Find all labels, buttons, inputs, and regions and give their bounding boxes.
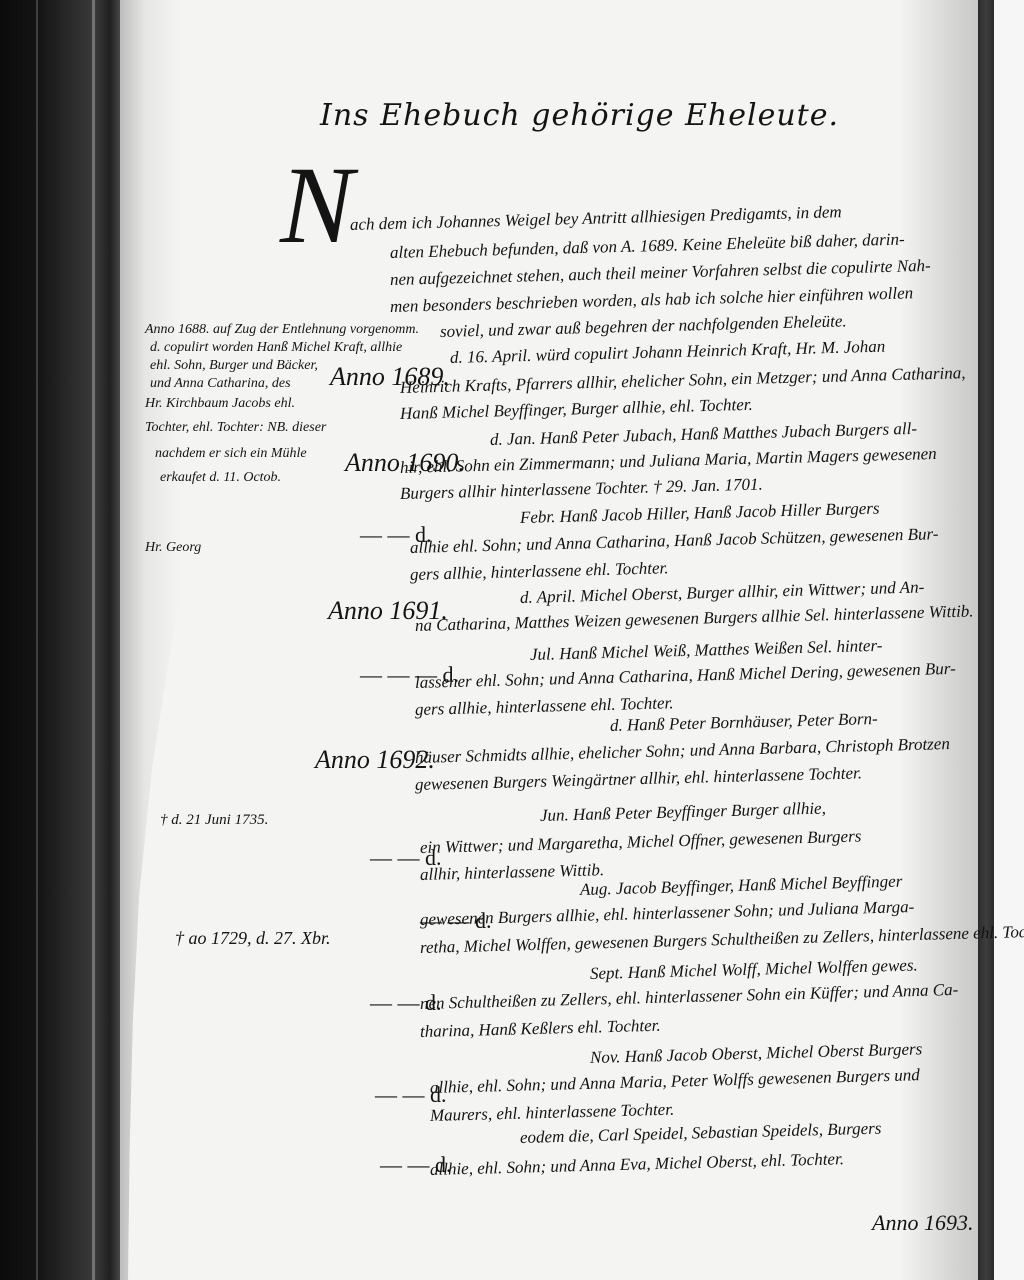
intro-line: soviel, und zwar auß begehren der nachfo… bbox=[440, 311, 847, 342]
entry-line: hir, ehl. Sohn ein Zimmermann; und Julia… bbox=[400, 444, 937, 478]
entry-line: gers allhie, hinterlassene ehl. Tochter. bbox=[410, 558, 669, 585]
entry-line: allhie, ehl. Sohn; und Anna Eva, Michel … bbox=[430, 1149, 844, 1180]
gutter-crease bbox=[92, 0, 95, 1280]
entry-line: häuser Schmidts allhie, ehelicher Sohn; … bbox=[415, 734, 950, 768]
gutter-crease bbox=[36, 0, 38, 1280]
entry-line: allhir, hinterlassene Wittib. bbox=[420, 860, 605, 885]
page-edge-right bbox=[978, 0, 994, 1280]
entry-line: tharina, Hanß Keßlers ehl. Tochter. bbox=[420, 1016, 661, 1042]
catchword-footer: Anno 1693. bbox=[872, 1210, 973, 1236]
entry-line: Febr. Hanß Jacob Hiller, Hanß Jacob Hill… bbox=[520, 499, 880, 528]
entry-line: lassener ehl. Sohn; und Anna Catharina, … bbox=[415, 659, 956, 693]
entry-line: eodem die, Carl Speidel, Sebastian Speid… bbox=[520, 1119, 882, 1148]
torn-page-edge bbox=[120, 0, 280, 1280]
page-shadow bbox=[900, 0, 980, 1280]
margin-note: Hr. Georg bbox=[145, 540, 201, 556]
entry-line: Maurers, ehl. hinterlassene Tochter. bbox=[430, 1100, 675, 1126]
entry-line: allhie, ehl. Sohn; und Anna Maria, Peter… bbox=[430, 1065, 920, 1098]
entry-line: Burgers allhir hinterlassene Tochter. † … bbox=[400, 475, 763, 504]
book-gutter bbox=[0, 0, 125, 1280]
entry-line: d. 16. April. würd copulirt Johann Heinr… bbox=[450, 337, 886, 368]
entry-line: Aug. Jacob Beyffinger, Hanß Michel Beyff… bbox=[580, 872, 903, 900]
entry-line: Heinrich Krafts, Pfarrers allhir, ehelic… bbox=[400, 363, 966, 398]
entry-line: Jun. Hanß Peter Beyffinger Burger allhie… bbox=[540, 799, 826, 826]
entry-line: Hanß Michel Beyffinger, Burger allhie, e… bbox=[400, 395, 753, 424]
entry-line: Jul. Hanß Michel Weiß, Matthes Weißen Se… bbox=[530, 636, 883, 665]
entry-line: Nov. Hanß Jacob Oberst, Michel Oberst Bu… bbox=[590, 1039, 923, 1068]
intro-line: ach dem ich Johannes Weigel bey Antritt … bbox=[350, 202, 842, 235]
entry-line: na Catharina, Matthes Weizen gewesenen B… bbox=[415, 601, 974, 636]
entry-line: allhie ehl. Sohn; und Anna Catharina, Ha… bbox=[410, 524, 939, 558]
margin-note-death: † d. 21 Juni 1735. bbox=[160, 812, 268, 829]
entry-line: nen Schultheißen zu Zellers, ehl. hinter… bbox=[420, 980, 959, 1014]
next-page-margin bbox=[994, 0, 1024, 1280]
margin-note-death: † ao 1729, d. 27. Xbr. bbox=[175, 928, 331, 949]
entry-line: ein Wittwer; und Margaretha, Michel Offn… bbox=[420, 826, 862, 858]
entry-line: Sept. Hanß Michel Wolff, Michel Wolffen … bbox=[590, 955, 918, 984]
intro-initial: N bbox=[280, 150, 353, 260]
page-title: Ins Ehebuch gehörige Eheleute. bbox=[320, 98, 839, 133]
entry-line: gewesenen Burgers Weingärtner allhir, eh… bbox=[415, 763, 863, 795]
entry-line: gewesenen Burgers allhie, ehl. hinterlas… bbox=[420, 897, 915, 930]
